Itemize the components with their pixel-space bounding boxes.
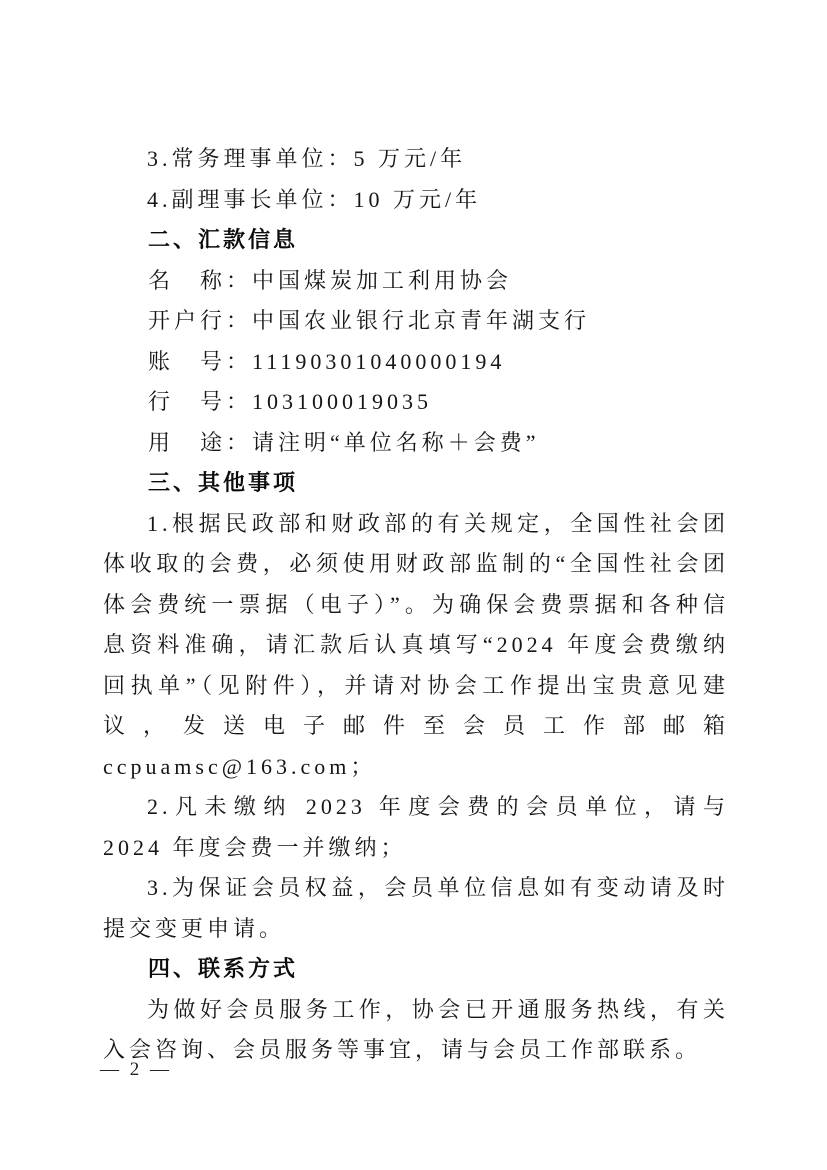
other-matters-paragraph-2: 2.凡未缴纳 2023 年度会费的会员单位，请与 2024 年度会费一并缴纳； [103, 787, 729, 868]
field-label: 行 号： [148, 389, 252, 414]
document-content: 3.常务理事单位：5 万元/年 4.副理事长单位：10 万元/年 二、汇款信息 … [103, 139, 729, 1071]
other-matters-paragraph-1: 1.根据民政部和财政部的有关规定，全国性社会团体收取的会费，必须使用财政部监制的… [103, 504, 729, 788]
remittance-field-account-number: 账 号：11190301040000194 [103, 342, 729, 383]
field-value: 11190301040000194 [252, 349, 505, 374]
remittance-field-name: 名 称：中国煤炭加工利用协会 [103, 261, 729, 302]
field-label: 用 途： [148, 430, 252, 455]
remittance-field-purpose: 用 途：请注明“单位名称＋会费” [103, 423, 729, 464]
fee-item-4: 4.副理事长单位：10 万元/年 [103, 180, 729, 221]
section-heading-remittance-info: 二、汇款信息 [103, 220, 729, 261]
contact-paragraph-1: 为做好会员服务工作，协会已开通服务热线，有关入会咨询、会员服务等事宜，请与会员工… [103, 990, 729, 1071]
remittance-field-bank-number: 行 号：103100019035 [103, 382, 729, 423]
fee-item-3: 3.常务理事单位：5 万元/年 [103, 139, 729, 180]
field-value: 103100019035 [252, 389, 432, 414]
field-label: 名 称： [148, 268, 252, 293]
remittance-field-bank: 开户行：中国农业银行北京青年湖支行 [103, 301, 729, 342]
page-number: — 2 — [100, 1059, 172, 1081]
field-label: 开户行： [148, 308, 252, 333]
field-value: 中国煤炭加工利用协会 [252, 268, 512, 293]
field-value: 请注明“单位名称＋会费” [252, 430, 540, 455]
field-value: 中国农业银行北京青年湖支行 [252, 308, 590, 333]
other-matters-paragraph-3: 3.为保证会员权益，会员单位信息如有变动请及时提交变更申请。 [103, 868, 729, 949]
section-heading-other-matters: 三、其他事项 [103, 463, 729, 504]
field-label: 账 号： [148, 349, 252, 374]
section-heading-contact-method: 四、联系方式 [103, 949, 729, 990]
